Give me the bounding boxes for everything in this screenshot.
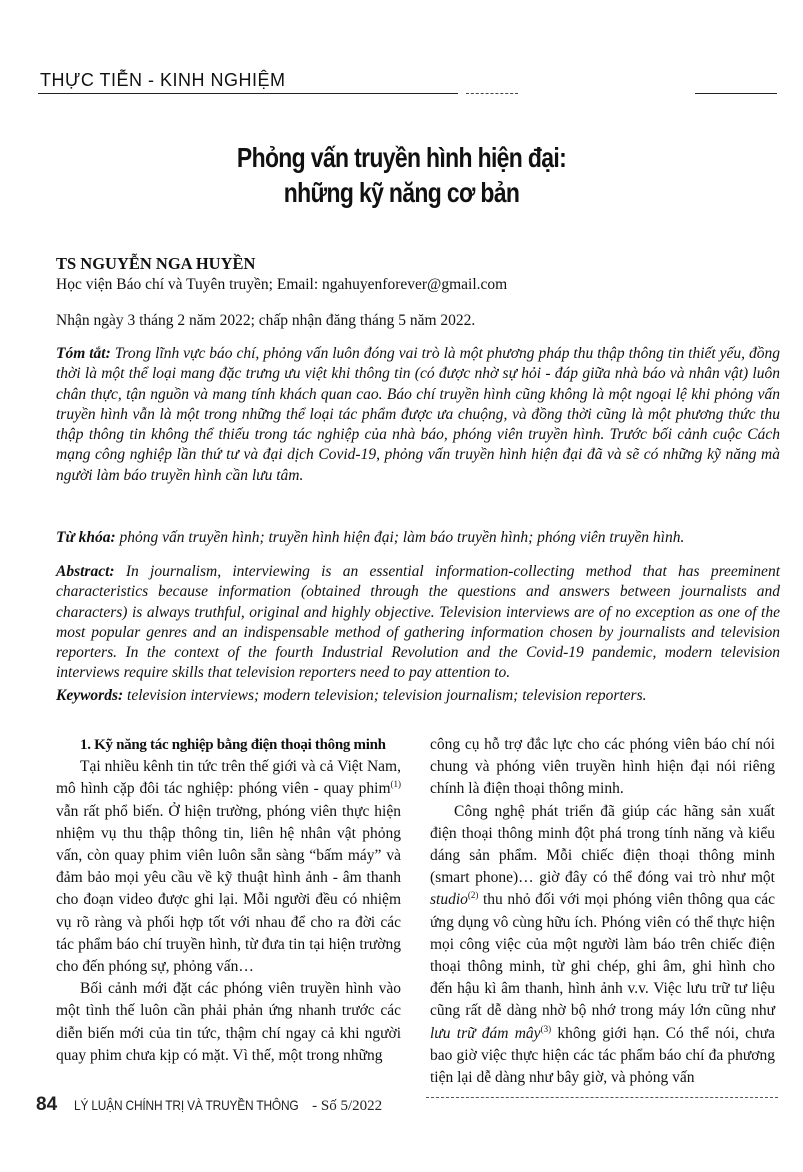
title-line-1: Phỏng vấn truyền hình hiện đại: <box>72 140 730 175</box>
received-date: Nhận ngày 3 tháng 2 năm 2022; chấp nhận … <box>56 312 475 330</box>
title-line-2: những kỹ năng cơ bản <box>72 175 730 210</box>
abstract-en-text: In journalism, interviewing is an essent… <box>56 563 780 681</box>
author-name: TS NGUYỄN NGA HUYỀN <box>56 254 255 274</box>
abstract-en-label: Abstract: <box>56 563 115 580</box>
abstract-english: Abstract: In journalism, interviewing is… <box>56 562 780 684</box>
paragraph: Công nghệ phát triển đã giúp các hãng sả… <box>430 801 775 1090</box>
issue-number: - Số 5/2022 <box>312 1098 382 1114</box>
page-footer: 84 LÝ LUẬN CHÍNH TRỊ VÀ TRUYỀN THÔNG - S… <box>36 1094 382 1118</box>
keywords-vn-label: Từ khóa: <box>56 529 116 546</box>
section-header: THỰC TIỄN - KINH NGHIỆM <box>40 70 286 91</box>
page-number: 84 <box>36 1094 57 1115</box>
header-rule-dashed <box>466 93 518 95</box>
abstract-vietnamese: Tóm tắt: Trong lĩnh vực báo chí, phỏng v… <box>56 344 780 486</box>
header-rule-right <box>695 93 777 94</box>
section-1-heading: 1. Kỹ năng tác nghiệp bằng điện thoại th… <box>56 734 401 756</box>
paragraph: công cụ hỗ trợ đắc lực cho các phóng viê… <box>430 734 775 801</box>
footnote-ref-2[interactable]: (2) <box>468 890 479 900</box>
keywords-vn-text: phỏng vấn truyền hình; truyền hình hiện … <box>116 529 685 546</box>
paragraph: Tại nhiều kênh tin tức trên thế giới và … <box>56 756 401 978</box>
body-column-left: 1. Kỹ năng tác nghiệp bằng điện thoại th… <box>56 734 401 1067</box>
keywords-english: Keywords: television interviews; modern … <box>56 686 780 706</box>
footnote-ref-3[interactable]: (3) <box>541 1023 552 1033</box>
header-rule-left <box>38 93 458 94</box>
author-affiliation: Học viện Báo chí và Tuyên truyền; Email:… <box>56 276 507 294</box>
journal-name: LÝ LUẬN CHÍNH TRỊ VÀ TRUYỀN THÔNG <box>74 1097 299 1113</box>
footnote-ref-1[interactable]: (1) <box>391 779 402 789</box>
article-title: Phỏng vấn truyền hình hiện đại: những kỹ… <box>72 140 730 210</box>
keywords-en-text: television interviews; modern television… <box>123 687 646 704</box>
abstract-vn-label: Tóm tắt: <box>56 345 111 362</box>
keywords-vietnamese: Từ khóa: phỏng vấn truyền hình; truyền h… <box>56 528 780 548</box>
paragraph: Bối cảnh mới đặt các phóng viên truyền h… <box>56 978 401 1067</box>
body-column-right: công cụ hỗ trợ đắc lực cho các phóng viê… <box>430 734 775 1089</box>
footer-rule <box>426 1097 778 1098</box>
abstract-vn-text: Trong lĩnh vực báo chí, phỏng vấn luôn đ… <box>56 345 780 484</box>
keywords-en-label: Keywords: <box>56 687 123 704</box>
